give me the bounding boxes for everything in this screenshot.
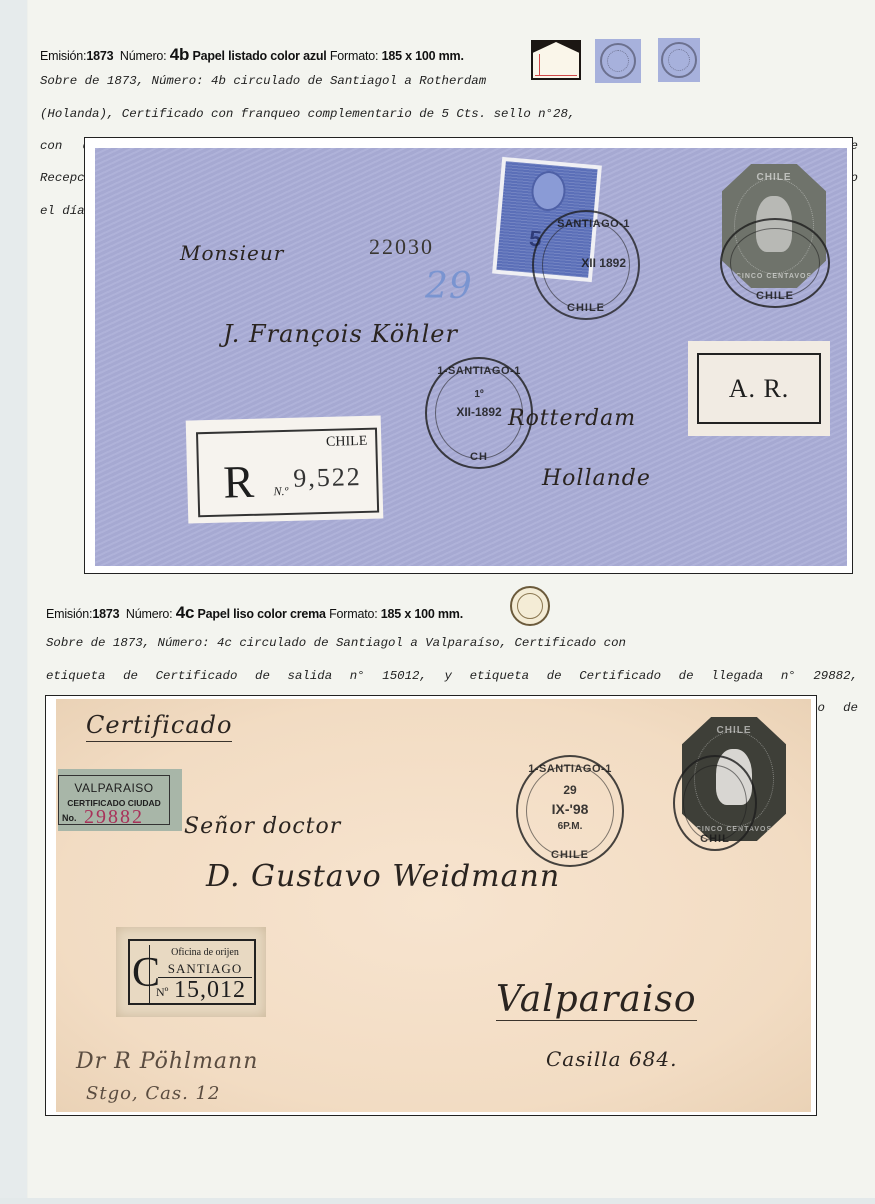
envelope-1: CHILE CINCO CENTAVOS CHILE 5 SANTIAGO-1 … bbox=[95, 148, 847, 566]
indicia-country: CHILE bbox=[722, 172, 826, 183]
envelope-2: Certificado VALPARAISO CERTIFICADO CIUDA… bbox=[56, 699, 811, 1112]
sender-name: Dr R Pöhlmann bbox=[76, 1049, 258, 1074]
postmark-santiago-main: 1-SANTIAGO-1 1º XII-1892 CH bbox=[425, 357, 533, 469]
portrait-icon bbox=[530, 170, 567, 213]
postmark-text: 6P.M. bbox=[518, 821, 622, 832]
envelope-1-frame: CHILE CINCO CENTAVOS CHILE 5 SANTIAGO-1 … bbox=[84, 137, 853, 574]
postmark-text: CHIL bbox=[675, 833, 755, 845]
departure-no-prefix: Nº bbox=[156, 985, 168, 1000]
arrival-city: VALPARAISO bbox=[58, 781, 170, 795]
numeral-handstamp: 22030 bbox=[369, 234, 434, 260]
blue-crayon-correction: 29 bbox=[425, 266, 473, 307]
postmark-santiago-main: 1-SANTIAGO-1 29 IX-'98 6P.M. CHILE bbox=[516, 755, 624, 867]
arrival-no-prefix: No. bbox=[62, 813, 77, 823]
desc-line: Sobre de 1873, Número: 4b circulado de S… bbox=[40, 73, 858, 89]
office-name: SANTIAGO bbox=[158, 961, 252, 978]
arrival-number: 29882 bbox=[84, 806, 144, 829]
address-country: Hollande bbox=[542, 466, 651, 491]
registration-number: 9,522 bbox=[293, 462, 362, 494]
postmark-text: SANTIAGO-1 bbox=[534, 218, 638, 230]
page-left-edge bbox=[0, 0, 28, 1200]
postmark-text: CHILE bbox=[534, 302, 638, 314]
postmark-text: 1-SANTIAGO-1 bbox=[518, 763, 622, 775]
departure-number: 15,012 bbox=[174, 977, 246, 1004]
address-salutation: Señor doctor bbox=[184, 814, 341, 839]
postmark-text: 1-SANTIAGO-1 bbox=[427, 365, 531, 377]
address-name: J. François Köhler bbox=[223, 320, 458, 348]
address-name: D. Gustavo Weidmann bbox=[206, 859, 560, 894]
postmark-text: XII-1892 bbox=[427, 405, 531, 419]
departure-letter: C bbox=[132, 945, 150, 1003]
address-city: Valparaiso bbox=[496, 979, 697, 1021]
postmark-text: 29 bbox=[518, 783, 622, 797]
registration-no-prefix: N.º bbox=[273, 484, 288, 499]
postmark-indicia: CHILE bbox=[720, 218, 830, 308]
desc-line: (Holanda), Certificado con franqueo comp… bbox=[40, 106, 858, 122]
manuscript-certificado: Certificado bbox=[86, 711, 232, 742]
desc-line: etiqueta de Certificado de salida n° 150… bbox=[46, 668, 858, 684]
postmark-text: CH bbox=[427, 451, 531, 463]
ar-label-text: A. R. bbox=[697, 353, 821, 424]
postmark-text: 1º bbox=[427, 389, 531, 400]
arrival-certificate-label: VALPARAISO CERTIFICADO CIUDAD No. 29882 bbox=[58, 769, 182, 831]
page-bottom-edge bbox=[0, 1198, 875, 1204]
envelope-2-frame: Certificado VALPARAISO CERTIFICADO CIUDA… bbox=[45, 695, 817, 1116]
postmark-text: CHILE bbox=[722, 290, 828, 302]
registration-label: CHILE R N.º 9,522 bbox=[186, 415, 384, 523]
desc-line: Sobre de 1873, Número: 4c circulado de S… bbox=[46, 635, 858, 651]
address-salutation: Monsieur bbox=[180, 241, 284, 265]
indicia-country: CHILE bbox=[682, 725, 786, 736]
acuse-recibo-label: A. R. bbox=[688, 341, 830, 436]
departure-certificate-label: C Oficina de orijen SANTIAGO Nº 15,012 bbox=[116, 927, 266, 1017]
office-label: Oficina de orijen bbox=[158, 947, 252, 958]
sender-address: Stgo, Cas. 12 bbox=[86, 1083, 220, 1104]
registration-letter: R bbox=[223, 455, 255, 509]
registration-country: CHILE bbox=[326, 434, 368, 451]
address-box: Casilla 684. bbox=[546, 1047, 678, 1071]
postmark-on-stamp: SANTIAGO-1 XII 1892 CHILE bbox=[532, 210, 640, 320]
postmark-text: XII 1892 bbox=[534, 256, 638, 270]
postmark-indicia: CHIL bbox=[673, 755, 757, 851]
postmark-text: IX-'98 bbox=[518, 801, 622, 817]
